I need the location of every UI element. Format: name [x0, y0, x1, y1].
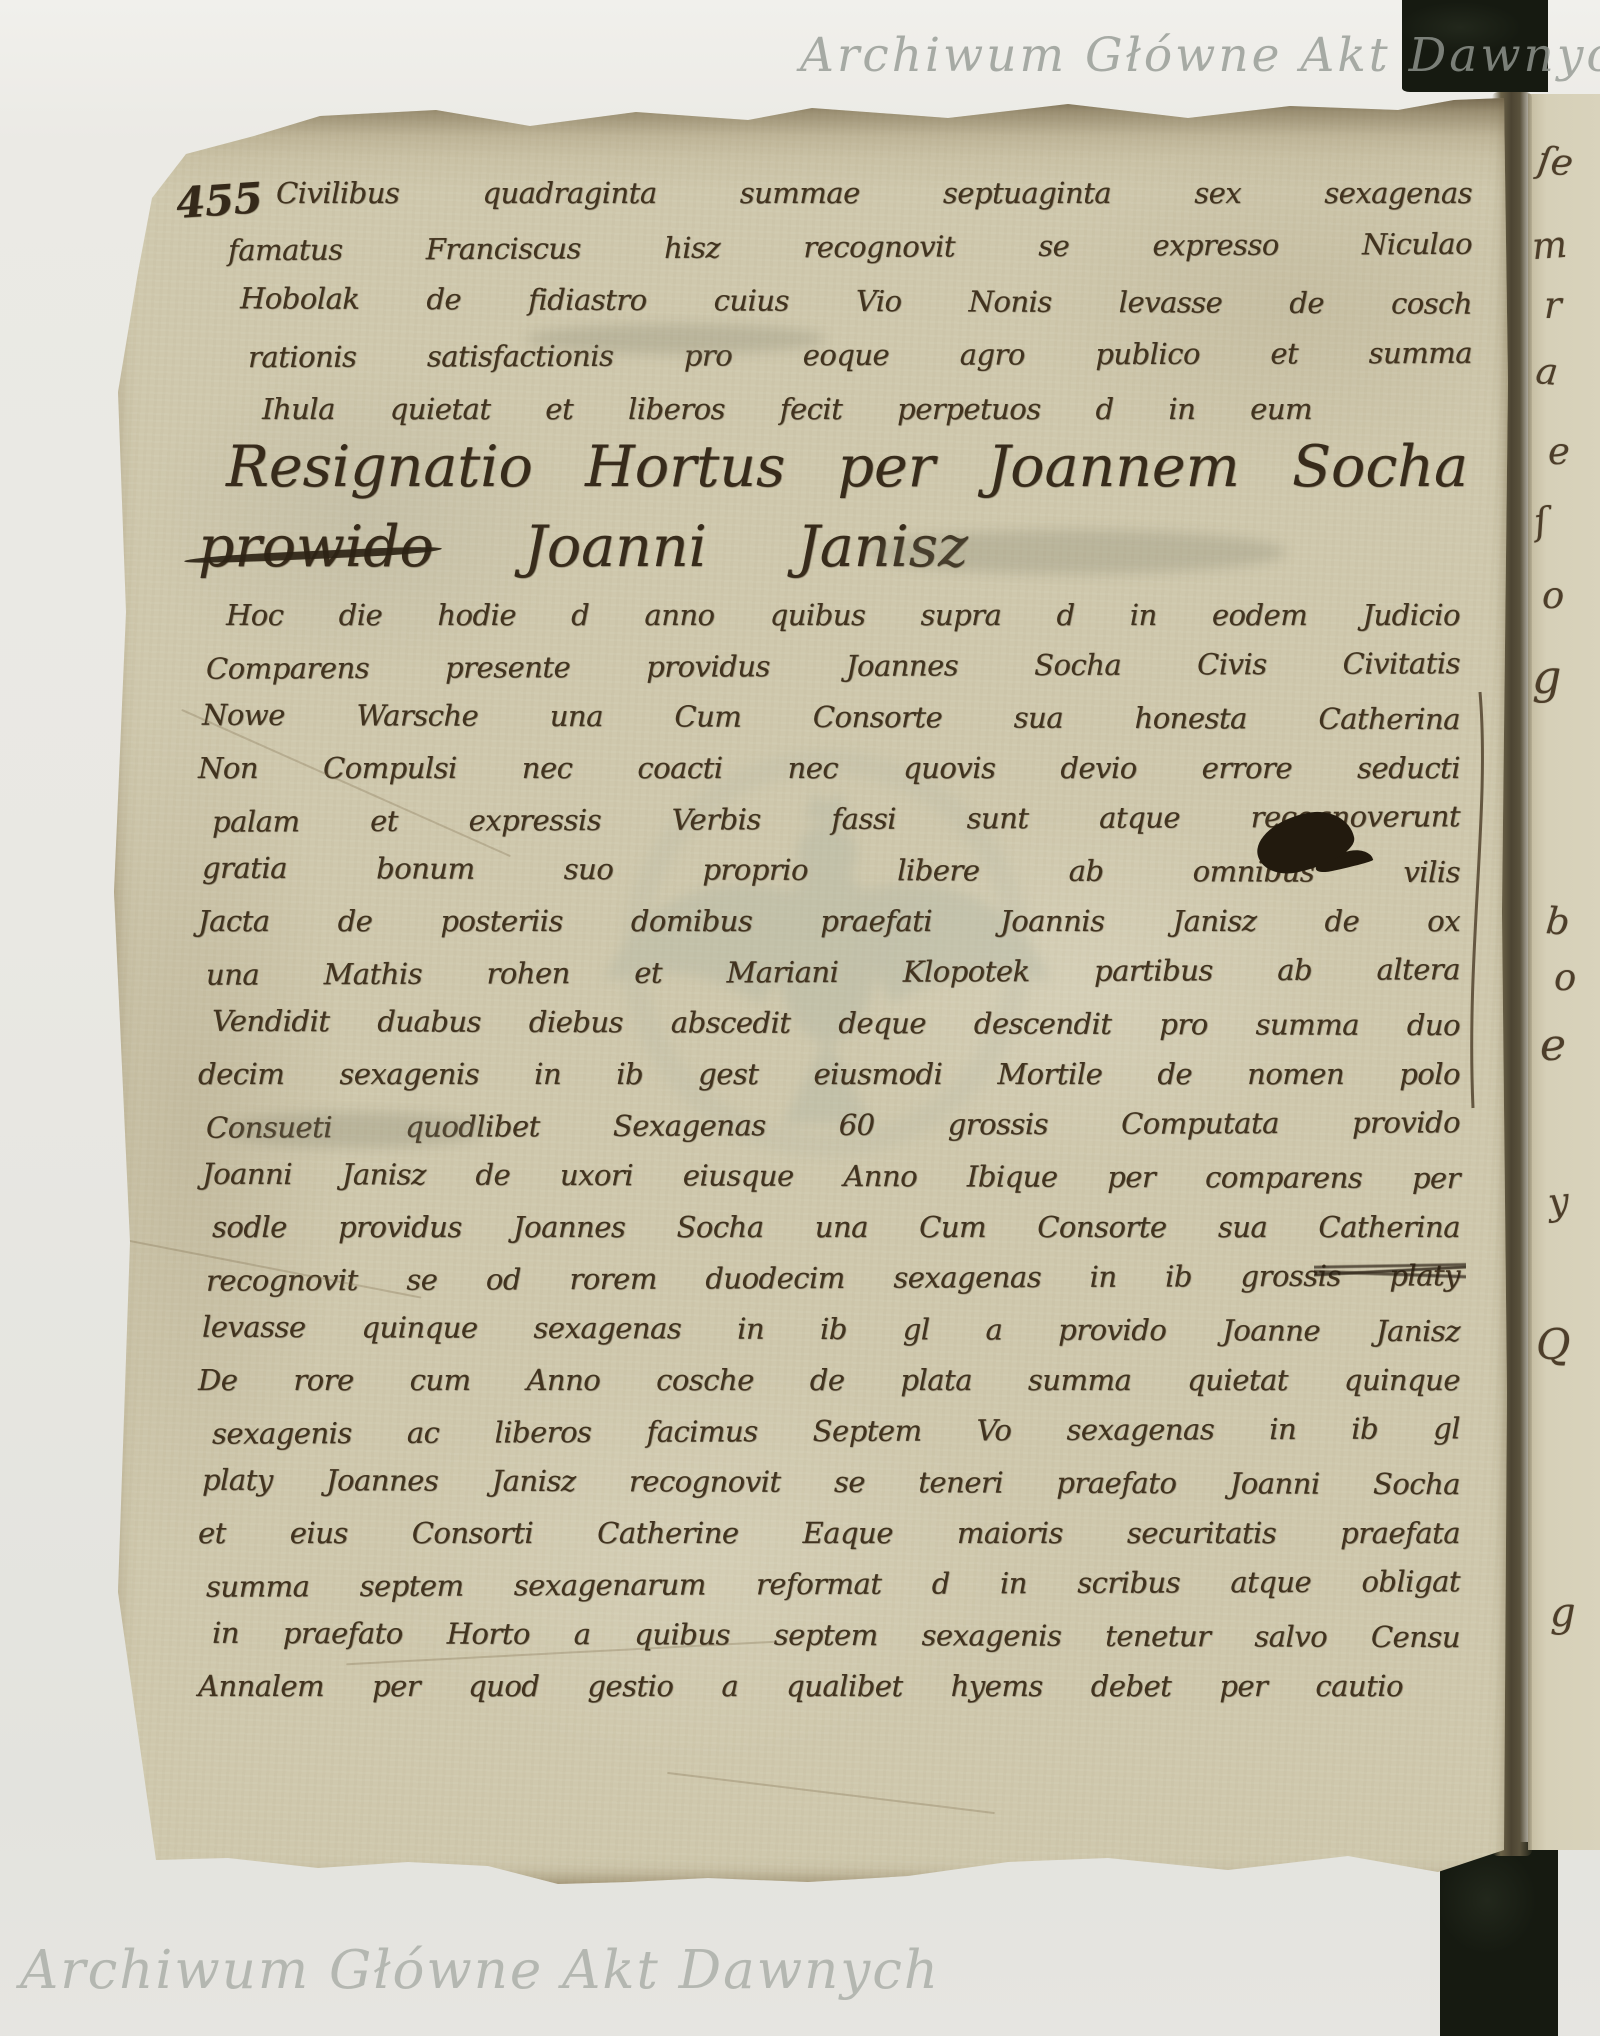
next-page-glyph: r: [1544, 284, 1561, 327]
binding-strip-top: [1402, 0, 1548, 92]
crossed-out-word-scribble: [1314, 1254, 1466, 1288]
body-paragraph: Hoc die hodie d anno quibus supra d in e…: [198, 590, 1460, 1712]
next-page-glyph: e: [1540, 1020, 1566, 1071]
handwritten-line: decim sexagenis in ib gest eiusmodi Mort…: [198, 1049, 1460, 1100]
handwritten-line: famatus Franciscus hisz recognovit se ex…: [228, 217, 1472, 278]
next-page-sliver: ſemraeſogboeyQg: [1528, 94, 1600, 1850]
handwritten-line: rationis satisfactionis pro eoque agro p…: [248, 326, 1472, 384]
next-page-glyph: g: [1550, 1590, 1575, 1636]
handwritten-line: Nowe Warsche una Cum Consorte sua honest…: [202, 690, 1460, 745]
next-page-glyph: ſ: [1531, 499, 1549, 543]
top-paragraph: Civilibus quadraginta summae septuaginta…: [218, 166, 1472, 436]
handwritten-line: De rore cum Anno cosche de plata summa q…: [198, 1355, 1460, 1406]
next-page-glyph: m: [1531, 223, 1569, 268]
manuscript-page: 455 Civilibus quadraginta summae septuag…: [106, 92, 1508, 1884]
handwritten-line: una Mathis rohen et Mariani Klopotek par…: [206, 944, 1460, 1000]
heading-line-1: Resignatio Hortus per Joannem Socha: [226, 434, 1468, 500]
next-page-glyph: y: [1546, 1179, 1571, 1224]
heading-line-2: prowido Joanni Janisz: [198, 514, 968, 580]
handwritten-line: sexagenis ac liberos facimus Septem Vo s…: [212, 1403, 1460, 1459]
handwritten-line: Joanni Janisz de uxori eiusque Anno Ibiq…: [202, 1149, 1460, 1204]
handwritten-line: Civilibus quadraginta summae septuaginta…: [276, 166, 1472, 220]
handwritten-line: in praefato Horto a quibus septem sexage…: [212, 1608, 1460, 1663]
handwritten-line: platy Joannes Janisz recognovit se tener…: [202, 1455, 1460, 1510]
next-page-glyph: ſe: [1535, 138, 1575, 185]
binding-strip-bottom: [1440, 1842, 1558, 2036]
handwritten-line: Vendidit duabus diebus abscedit deque de…: [212, 996, 1460, 1051]
ink-bleed-smudge: [866, 530, 1286, 574]
archive-watermark-bottom: Archiwum Główne Akt Dawnych: [20, 1940, 940, 2001]
handwritten-line: Comparens presente providus Joannes Soch…: [206, 638, 1460, 694]
paper-crease: [667, 1772, 995, 1814]
next-page-glyph: o: [1542, 574, 1564, 617]
handwritten-line: Hoc die hodie d anno quibus supra d in e…: [226, 590, 1460, 641]
next-page-glyph: e: [1548, 430, 1569, 473]
margin-pen-stroke: [1458, 690, 1492, 1110]
struck-word: prowido: [198, 514, 434, 580]
handwritten-line: Non Compulsi nec coacti nec quovis devio…: [198, 743, 1460, 794]
next-page-glyph: o: [1554, 956, 1576, 999]
handwritten-line: recognovit se od rorem duodecim sexagena…: [206, 1250, 1460, 1306]
ink-bleed-smudge: [226, 1112, 486, 1148]
next-page-glyph: Q: [1536, 1320, 1570, 1369]
handwritten-line: summa septem sexagenarum reformat d in s…: [206, 1556, 1460, 1612]
next-page-glyph: b: [1544, 899, 1571, 944]
handwritten-line: Jacta de posteriis domibus praefati Joan…: [198, 896, 1460, 947]
next-page-glyph: a: [1534, 349, 1560, 394]
handwritten-line: levasse quinque sexagenas in ib gl a pro…: [202, 1302, 1460, 1357]
handwritten-line: et eius Consorti Catherine Eaque maioris…: [198, 1508, 1460, 1559]
handwritten-line: Annalem per quod gestio a qualibet hyems…: [198, 1661, 1403, 1712]
handwritten-line: Hobolak de fidiastro cuius Vio Nonis lev…: [240, 271, 1472, 330]
handwritten-line: Ihula quietat et liberos fecit perpetuos…: [262, 382, 1312, 436]
handwritten-line: sodle providus Joannes Socha una Cum Con…: [212, 1202, 1460, 1253]
next-page-glyph: g: [1532, 650, 1561, 704]
manuscript-scan: ſemraeſogboeyQg 455 Civilibus quadragint…: [0, 0, 1600, 2036]
ink-bleed-smudge: [526, 324, 826, 354]
